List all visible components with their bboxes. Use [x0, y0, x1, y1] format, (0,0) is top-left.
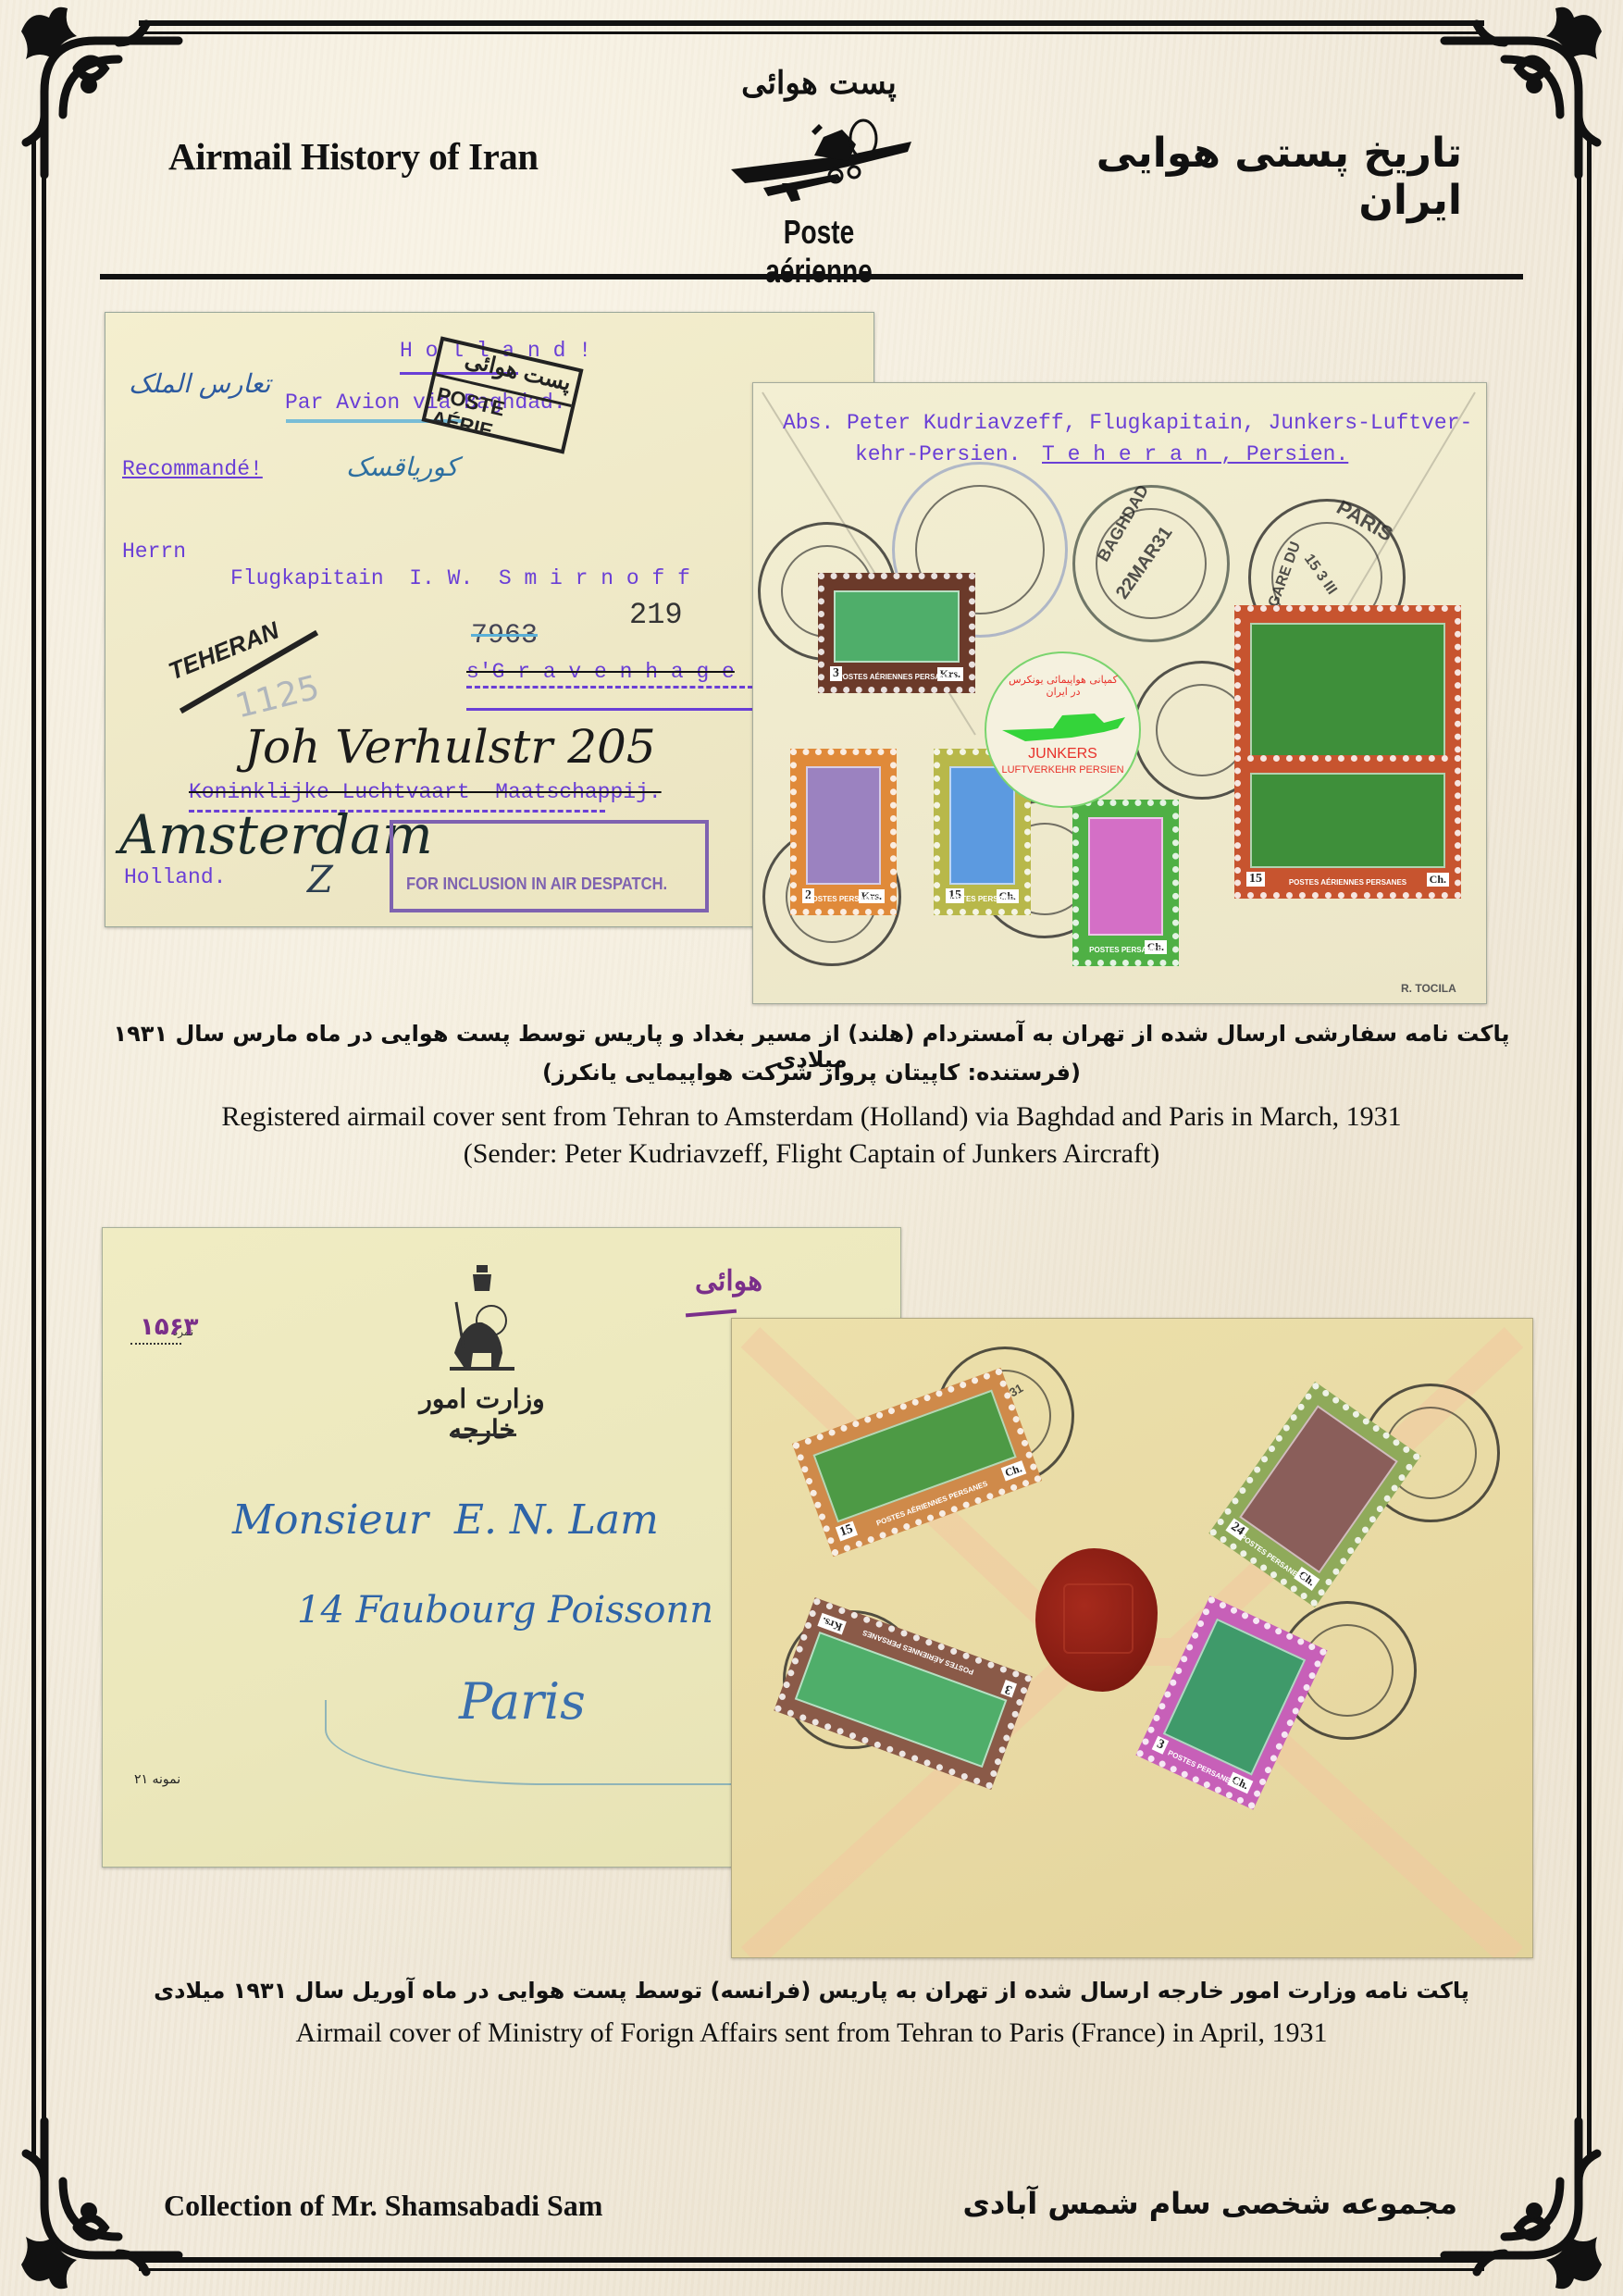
typed-herrn: Herrn — [122, 540, 186, 564]
stamp-label: POSTES AÉRIENNES PERSANES — [1241, 878, 1455, 887]
sender-line-1: Abs. Peter Kudriavzeff, Flugkapitain, Ju… — [783, 411, 1472, 435]
collection-credit-en: Collection of Mr. Shamsabadi Sam — [164, 2189, 602, 2223]
stamp-vignette — [1250, 623, 1445, 774]
postmark-sub: GARE DU — [1266, 540, 1305, 609]
frame-top-line — [139, 20, 1484, 26]
airmail-fa-marking: هوائی — [695, 1265, 762, 1297]
cover-2-back: TEHERAN 5 IV 31 15Ch.POSTES AÉRIENNES PE… — [731, 1318, 1533, 1958]
ornament-divider — [450, 1433, 516, 1436]
registration-handstamp: TEHERAN — [165, 616, 283, 687]
air-despatch-cachet: FOR INCLUSION IN AIR DESPATCH. — [390, 820, 709, 912]
label-text-2: LUFTVERKEHR PERSIEN — [986, 764, 1139, 776]
stamp-vignette — [806, 766, 881, 885]
label-text-fa: کمپانی هواپیمائی یونکرس در ایران — [1003, 674, 1123, 698]
lion-and-sun-icon — [445, 1265, 519, 1376]
postage-stamp: 2Krs.POSTES PERSANES — [790, 749, 897, 915]
printer-mark: R. TOCILA — [1401, 982, 1456, 995]
caption-1-fa-line-2: (فرستنده: کاپیتان پرواز شرکت هواپیمایی ی… — [102, 1060, 1521, 1086]
collection-credit-fa: مجموعه شخصی سام شمس آبادی — [953, 2186, 1457, 2221]
frame-right-line-inner — [1587, 139, 1592, 2156]
ornament-corner-icon — [1440, 4, 1616, 180]
cover-1-back: Abs. Peter Kudriavzeff, Flugkapitain, Ju… — [752, 382, 1487, 1004]
typed-addressee: Flugkapitain I. W. S m i r n o f f — [230, 566, 690, 590]
address-flourish — [325, 1700, 771, 1785]
stamp-label: POSTES AÉRIENNES PERSANES — [824, 673, 969, 681]
sender-line-2b: T e h e r a n , Persien. — [1042, 442, 1348, 466]
postage-stamp: 3Krs.POSTES AÉRIENNES PERSANES — [818, 573, 975, 693]
handwritten-city: Amsterdam — [119, 803, 433, 866]
logo-text-fa: پست هوائی — [736, 65, 902, 102]
frame-right-line — [1577, 139, 1581, 2156]
airmail-underline — [686, 1309, 737, 1318]
label-text-1: JUNKERS — [986, 746, 1139, 763]
stamp-vignette — [949, 766, 1015, 885]
typed-registered: Recommandé! — [122, 457, 263, 481]
handwritten-street: Joh Verhulstr 205 — [244, 720, 656, 774]
postmark-date: 15 3 III — [1300, 552, 1340, 598]
frame-bottom-line-inner — [139, 2268, 1484, 2271]
handwritten-street: 14 Faubourg Poissonn — [297, 1589, 713, 1632]
underline — [466, 708, 753, 711]
crossed-city: s'G r a v e n h a g e — [466, 660, 735, 684]
registration-number: 219 — [629, 598, 683, 632]
page-title-en: Airmail History of Iran — [168, 134, 539, 179]
stamp-label: POSTES PERSANES — [940, 895, 1024, 903]
airplane-icon — [997, 704, 1129, 746]
wax-seal-icon — [1035, 1548, 1158, 1692]
stamp-vignette — [834, 590, 960, 663]
stamp-vignette — [1088, 817, 1163, 936]
ornament-corner-icon — [7, 4, 183, 180]
crossed-number: 7963 — [471, 620, 538, 652]
junkers-label: کمپانی هواپیمائی یونکرس در ایران JUNKERS… — [985, 652, 1141, 808]
handwritten-fa-note: تعارس الملک — [129, 368, 270, 399]
handwritten-addressee: Monsieur E. N. Lam — [232, 1496, 659, 1544]
typed-country-bottom: Holland. — [124, 865, 226, 889]
frame-top-line-inner — [139, 31, 1484, 34]
cachet-text: FOR INCLUSION IN AIR DESPATCH. — [406, 875, 667, 894]
dotted-number-line — [130, 1343, 181, 1345]
caption-2-en-line-1: Airmail cover of Ministry of Forign Affa… — [102, 2017, 1521, 2049]
postmark-date: 22MAR31 — [1112, 523, 1177, 603]
form-number: نمونه ۲۱ — [134, 1772, 180, 1787]
ornament-corner-icon — [7, 2116, 183, 2292]
handwritten-fa-name: کوریاقسک — [346, 452, 458, 482]
seal-impression — [1063, 1583, 1134, 1654]
number-value: ۱۵۶۳ — [140, 1313, 198, 1341]
stamp-vignette — [1250, 773, 1445, 868]
frame-bottom-line — [139, 2257, 1484, 2263]
postage-stamp: 15Ch.POSTES AÉRIENNES PERSANES — [1234, 755, 1461, 899]
stamp-label: POSTES PERSANES — [797, 895, 890, 903]
pencil-note: 1125 — [231, 669, 323, 726]
airplane-icon — [726, 118, 916, 211]
page-title-fa: تاریخ پستی هوایی ایران — [1055, 130, 1462, 224]
ornament-corner-icon — [1440, 2116, 1616, 2292]
postage-stamp: Ch.POSTES PERSANES — [1072, 800, 1179, 966]
frame-left-line — [31, 139, 36, 2156]
postmark-baghdad: BAGHDAD 22MAR31 — [1072, 485, 1230, 642]
caption-1-en-line-2: (Sender: Peter Kudriavzeff, Flight Capta… — [102, 1138, 1521, 1170]
crossed-company: Koninklijke Luchtvaart Maatschappij. — [189, 780, 662, 804]
frame-left-line-inner — [42, 139, 46, 2156]
handwritten-mark: Z — [307, 859, 333, 901]
caption-2-fa-line-1: پاکت نامه وزارت امور خارجه ارسال شده از … — [102, 1978, 1521, 2004]
dashed-underline — [466, 686, 753, 689]
caption-1-en-line-1: Registered airmail cover sent from Tehra… — [102, 1101, 1521, 1133]
header-divider — [100, 274, 1523, 279]
stamp-label: POSTES PERSANES — [1079, 946, 1172, 954]
